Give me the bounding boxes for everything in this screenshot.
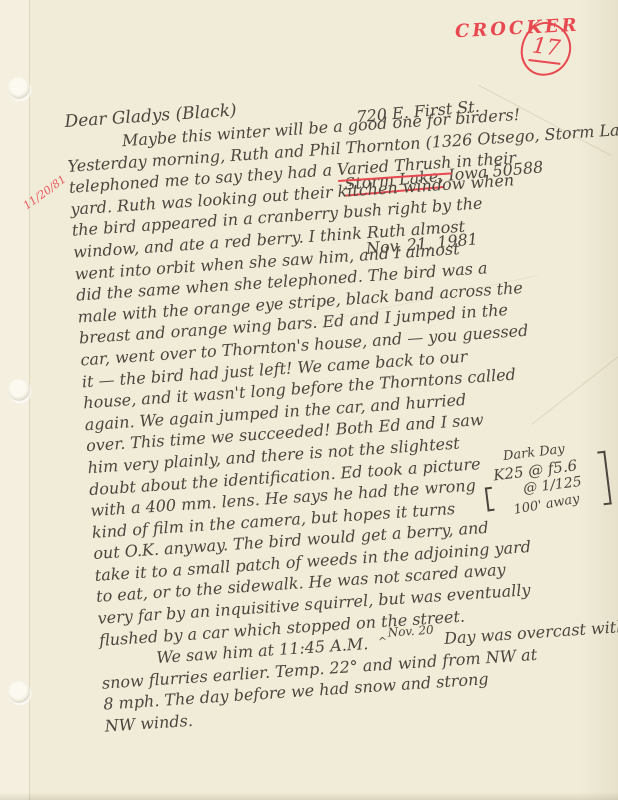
letter-body: Dear Gladys (Black) Maybe this winter wi… xyxy=(64,74,618,739)
punch-hole xyxy=(8,681,30,703)
paper-bottom-shadow xyxy=(0,792,618,800)
punch-hole xyxy=(8,77,30,99)
caret-mark: ^ xyxy=(378,635,388,649)
body-text: in their xyxy=(451,148,517,171)
letter-page: CROCKER 17 11/20/81 720 E. First St. Sto… xyxy=(0,0,618,800)
bracket-left-mark xyxy=(485,487,495,512)
inserted-date: Nov. 20 xyxy=(387,623,434,640)
punch-hole xyxy=(8,379,30,401)
